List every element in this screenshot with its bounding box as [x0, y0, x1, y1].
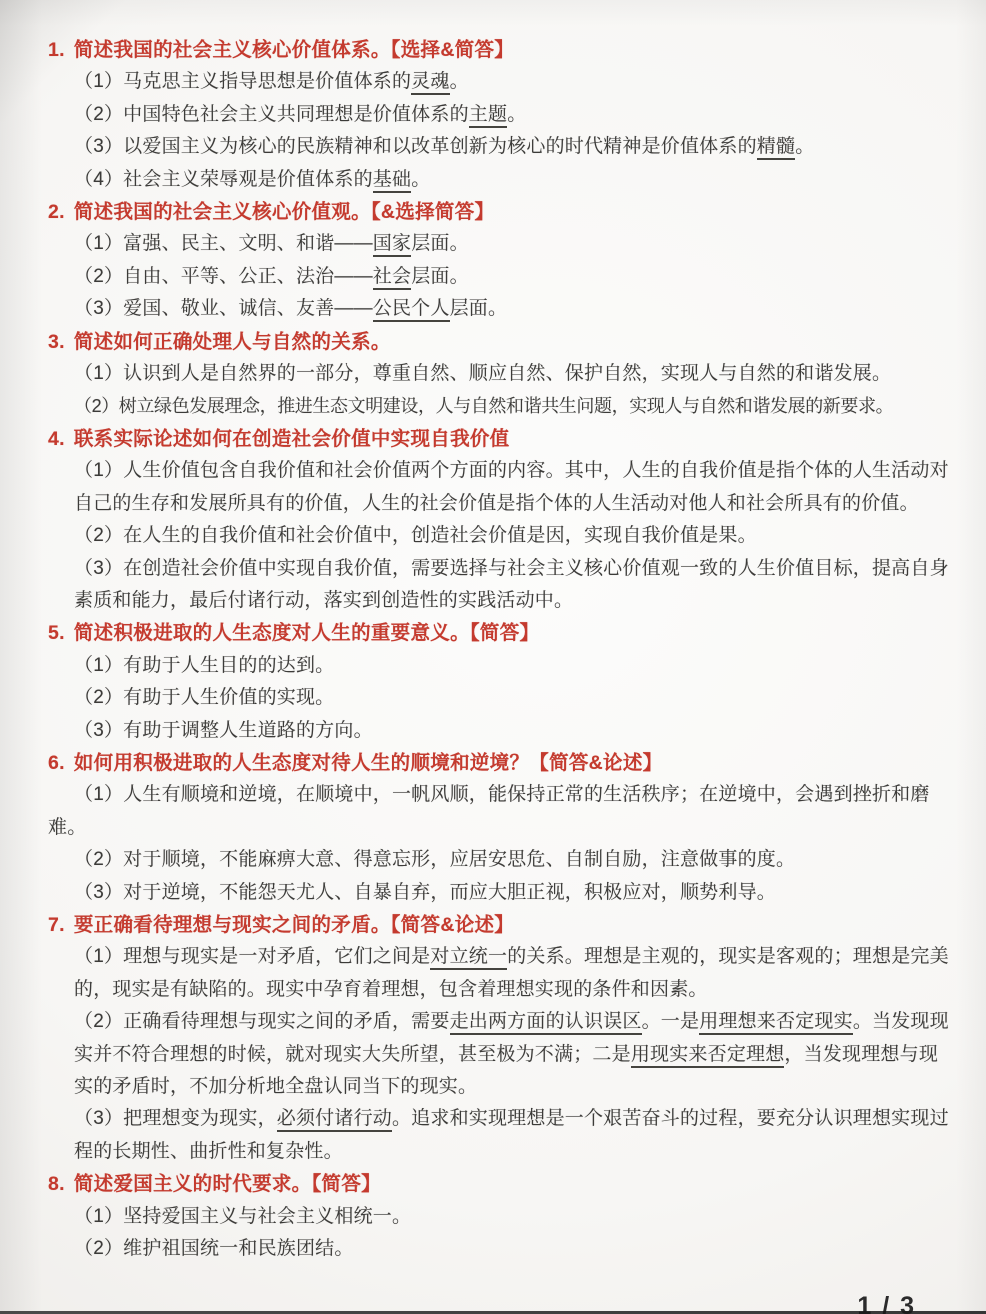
sections: 1.简述我国的社会主义核心价值体系。【选择&简答】 （1）马克思主义指导思想是价…: [48, 34, 956, 1265]
answer-item: （1）富强、民主、文明、和谐——国家层面。: [48, 228, 956, 260]
answer-text: （3）在创造社会价值中实现自我价值，需要选择与社会主义核心价值观一致的人生价值目…: [74, 558, 949, 611]
answer-item: （2）维护祖国统一和民族团结。: [48, 1233, 956, 1265]
underlined-phrase: 灵魂: [411, 71, 449, 95]
question-number: 6.: [48, 752, 65, 774]
answer-text: （1）人生有顺境和逆境，在顺境中，一帆风顺，能保持正常的生活秩序；在逆境中，会遇…: [48, 784, 930, 837]
answer-item: （2）中国特色社会主义共同理想是价值体系的主题。: [48, 99, 956, 131]
answer-text: 层面。: [450, 298, 508, 319]
question-heading: 3.简述如何正确处理人与自然的关系。: [48, 326, 956, 358]
answer-item: （1）有助于人生目的的达到。: [48, 650, 956, 682]
answer-item: （2）树立绿色发展理念，推进生态文明建设，人与自然和谐共生问题，实现人与自然和谐…: [48, 390, 956, 422]
qa-section: 6.如何用积极进取的人生态度对待人生的顺境和逆境？【简答&论述】 （1）人生有顺…: [48, 747, 956, 909]
answer-list: （1）有助于人生目的的达到。（2）有助于人生价值的实现。（3）有助于调整人生道路…: [48, 650, 956, 747]
answer-item: （4）社会主义荣辱观是价值体系的基础。: [48, 164, 956, 196]
underlined-phrase: 公民个人: [373, 298, 450, 322]
answer-text: （2）有助于人生价值的实现。: [74, 687, 334, 708]
question-title: 简述积极进取的人生态度对人生的重要意义。【简答】: [74, 622, 539, 644]
answer-text: （1）马克思主义指导思想是价值体系的: [74, 71, 411, 92]
answer-list: （1）认识到人是自然界的一部分，尊重自然、顺应自然、保护自然，实现人与自然的和谐…: [48, 358, 956, 423]
answer-item: （1）人生有顺境和逆境，在顺境中，一帆风顺，能保持正常的生活秩序；在逆境中，会遇…: [48, 779, 956, 844]
question-number: 7.: [48, 914, 65, 936]
answer-item: （1）认识到人是自然界的一部分，尊重自然、顺应自然、保护自然，实现人与自然的和谐…: [48, 358, 956, 390]
answer-text: （3）对于逆境，不能怨天尤人、自暴自弃，而应大胆正视，积极应对，顺势利导。: [74, 882, 776, 903]
answer-item: （1）理想与现实是一对矛盾，它们之间是对立统一的关系。理想是主观的，现实是客观的…: [48, 941, 956, 1006]
question-title: 简述如何正确处理人与自然的关系。: [74, 331, 391, 353]
answer-item: （3）把理想变为现实，必须付诸行动。追求和实现理想是一个艰苦奋斗的过程，要充分认…: [48, 1103, 956, 1168]
underlined-phrase: 社会: [373, 266, 411, 290]
answer-text: 层面。: [411, 233, 469, 254]
answer-text: （3）爱国、敬业、诚信、友善——: [74, 298, 373, 319]
qa-section: 2.简述我国的社会主义核心价值观。【&选择简答】 （1）富强、民主、文明、和谐—…: [48, 196, 956, 326]
question-title: 简述我国的社会主义核心价值观。【&选择简答】: [74, 201, 494, 223]
underlined-phrase: 必须付诸行动: [277, 1108, 392, 1132]
answer-list: （1）富强、民主、文明、和谐——国家层面。（2）自由、平等、公正、法治——社会层…: [48, 228, 956, 325]
question-title: 简述爱国主义的时代要求。【简答】: [74, 1173, 381, 1195]
question-title: 如何用积极进取的人生态度对待人生的顺境和逆境？【简答&论述】: [74, 752, 663, 774]
answer-item: （2）有助于人生价值的实现。: [48, 682, 956, 714]
question-number: 1.: [48, 39, 65, 61]
answer-item: （2）自由、平等、公正、法治——社会层面。: [48, 261, 956, 293]
answer-item: （2）在人生的自我价值和社会价值中，创造社会价值是因，实现自我价值是果。: [48, 520, 956, 552]
answer-text: （1）富强、民主、文明、和谐——: [74, 233, 373, 254]
underlined-phrase: 走出两方面的认识误区: [450, 1011, 642, 1035]
question-title: 要正确看待理想与现实之间的矛盾。【简答&论述】: [74, 914, 514, 936]
question-heading: 2.简述我国的社会主义核心价值观。【&选择简答】: [48, 196, 956, 228]
answer-text: （1）认识到人是自然界的一部分，尊重自然、顺应自然、保护自然，实现人与自然的和谐…: [74, 363, 891, 384]
answer-text: （2）中国特色社会主义共同理想是价值体系的: [74, 104, 469, 125]
qa-section: 4.联系实际论述如何在创造社会价值中实现自我价值 （1）人生价值包含自我价值和社…: [48, 423, 956, 617]
qa-section: 8.简述爱国主义的时代要求。【简答】 （1）坚持爱国主义与社会主义相统一。（2）…: [48, 1168, 956, 1265]
answer-text: （3）有助于调整人生道路的方向。: [74, 720, 373, 741]
answer-text: （1）理想与现实是一对矛盾，它们之间是: [74, 946, 430, 967]
notes-content: 1.简述我国的社会主义核心价值体系。【选择&简答】 （1）马克思主义指导思想是价…: [0, 0, 986, 1265]
document-page: 1.简述我国的社会主义核心价值体系。【选择&简答】 （1）马克思主义指导思想是价…: [0, 0, 986, 1314]
answer-item: （3）在创造社会价值中实现自我价值，需要选择与社会主义核心价值观一致的人生价值目…: [48, 553, 956, 618]
answer-list: （1）坚持爱国主义与社会主义相统一。（2）维护祖国统一和民族团结。: [48, 1201, 956, 1266]
question-heading: 6.如何用积极进取的人生态度对待人生的顺境和逆境？【简答&论述】: [48, 747, 956, 779]
answer-text: （2）正确看待理想与现实之间的矛盾，需要: [74, 1011, 450, 1032]
qa-section: 5.简述积极进取的人生态度对人生的重要意义。【简答】 （1）有助于人生目的的达到…: [48, 617, 956, 747]
underlined-phrase: 对立统一: [430, 946, 507, 970]
question-number: 4.: [48, 428, 65, 450]
underlined-phrase: 精髓: [757, 136, 795, 160]
answer-item: （3）以爱国主义为核心的民族精神和以改革创新为核心的时代精神是价值体系的精髓。: [48, 131, 956, 163]
answer-text: （2）树立绿色发展理念，推进生态文明建设，人与自然和谐共生问题，实现人与自然和谐…: [74, 396, 893, 416]
answer-item: （1）坚持爱国主义与社会主义相统一。: [48, 1201, 956, 1233]
qa-section: 1.简述我国的社会主义核心价值体系。【选择&简答】 （1）马克思主义指导思想是价…: [48, 34, 956, 196]
question-heading: 7.要正确看待理想与现实之间的矛盾。【简答&论述】: [48, 909, 956, 941]
answer-item: （1）人生价值包含自我价值和社会价值两个方面的内容。其中，人生的自我价值是指个体…: [48, 455, 956, 520]
answer-text: 。: [507, 104, 526, 125]
answer-text: 。一是: [642, 1011, 700, 1032]
answer-text: （2）自由、平等、公正、法治——: [74, 266, 373, 287]
answer-text: （4）社会主义荣辱观是价值体系的: [74, 169, 373, 190]
answer-item: （2）正确看待理想与现实之间的矛盾，需要走出两方面的认识误区。一是用理想来否定现…: [48, 1006, 956, 1103]
answer-text: （2）在人生的自我价值和社会价值中，创造社会价值是因，实现自我价值是果。: [74, 525, 757, 546]
answer-text: （2）对于顺境，不能麻痹大意、得意忘形，应居安思危、自制自励，注意做事的度。: [74, 849, 795, 870]
qa-section: 7.要正确看待理想与现实之间的矛盾。【简答&论述】 （1）理想与现实是一对矛盾，…: [48, 909, 956, 1168]
underlined-phrase: 基础: [373, 169, 411, 193]
answer-item: （1）马克思主义指导思想是价值体系的灵魂。: [48, 66, 956, 98]
question-heading: 8.简述爱国主义的时代要求。【简答】: [48, 1168, 956, 1200]
answer-item: （3）爱国、敬业、诚信、友善——公民个人层面。: [48, 293, 956, 325]
answer-list: （1）人生价值包含自我价值和社会价值两个方面的内容。其中，人生的自我价值是指个体…: [48, 455, 956, 617]
answer-list: （1）理想与现实是一对矛盾，它们之间是对立统一的关系。理想是主观的，现实是客观的…: [48, 941, 956, 1168]
question-heading: 4.联系实际论述如何在创造社会价值中实现自我价值: [48, 423, 956, 455]
underlined-phrase: 国家: [373, 233, 411, 257]
question-number: 3.: [48, 331, 65, 353]
question-number: 2.: [48, 201, 65, 223]
answer-text: （3）把理想变为现实，: [74, 1108, 277, 1129]
answer-text: 。: [411, 169, 430, 190]
answer-text: （1）坚持爱国主义与社会主义相统一。: [74, 1206, 411, 1227]
answer-list: （1）人生有顺境和逆境，在顺境中，一帆风顺，能保持正常的生活秩序；在逆境中，会遇…: [48, 779, 956, 909]
answer-text: （3）以爱国主义为核心的民族精神和以改革创新为核心的时代精神是价值体系的: [74, 136, 757, 157]
question-heading: 5.简述积极进取的人生态度对人生的重要意义。【简答】: [48, 617, 956, 649]
answer-text: （2）维护祖国统一和民族团结。: [74, 1238, 354, 1259]
answer-item: （3）有助于调整人生道路的方向。: [48, 715, 956, 747]
question-heading: 1.简述我国的社会主义核心价值体系。【选择&简答】: [48, 34, 956, 66]
answer-list: （1）马克思主义指导思想是价值体系的灵魂。（2）中国特色社会主义共同理想是价值体…: [48, 66, 956, 196]
answer-text: 。: [450, 71, 469, 92]
underlined-phrase: 用理想来否定现实: [699, 1011, 853, 1035]
answer-text: （1）有助于人生目的的达到。: [74, 655, 334, 676]
answer-text: 。: [795, 136, 814, 157]
qa-section: 3.简述如何正确处理人与自然的关系。 （1）认识到人是自然界的一部分，尊重自然、…: [48, 326, 956, 423]
question-number: 5.: [48, 622, 65, 644]
question-title: 联系实际论述如何在创造社会价值中实现自我价值: [74, 428, 510, 450]
question-title: 简述我国的社会主义核心价值体系。【选择&简答】: [74, 39, 514, 61]
answer-item: （2）对于顺境，不能麻痹大意、得意忘形，应居安思危、自制自励，注意做事的度。: [48, 844, 956, 876]
underlined-phrase: 用现实来否定理想: [631, 1044, 785, 1068]
answer-text: 层面。: [411, 266, 469, 287]
underlined-phrase: 主题: [469, 104, 507, 128]
answer-text: （1）人生价值包含自我价值和社会价值两个方面的内容。其中，人生的自我价值是指个体…: [74, 460, 949, 513]
question-number: 8.: [48, 1173, 65, 1195]
answer-item: （3）对于逆境，不能怨天尤人、自暴自弃，而应大胆正视，积极应对，顺势利导。: [48, 877, 956, 909]
